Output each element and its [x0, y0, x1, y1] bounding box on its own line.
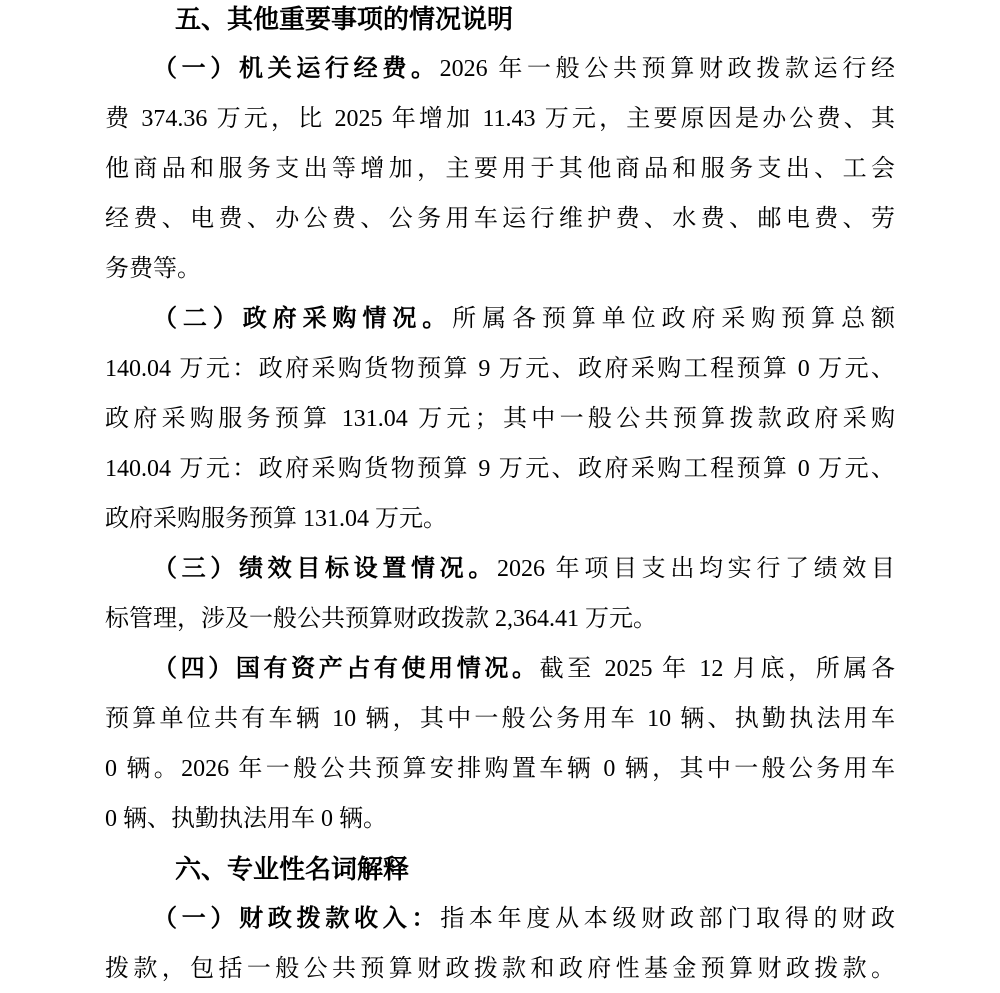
paragraph-2-line-4: 140.04 万元：政府采购货物预算 9 万元、政府采购工程预算 0 万元、: [105, 444, 895, 494]
paragraph-1-line-2: 费 374.36 万元，比 2025 年增加 11.43 万元，主要原因是办公费…: [105, 94, 895, 144]
paragraph-1-lead: （一）机关运行经费。: [153, 56, 440, 82]
paragraph-5-line-1: （一）财政拨款收入：指本年度从本级财政部门取得的财政: [105, 894, 895, 944]
paragraph-4-text: 截至 2025 年 12 月底，所属各: [540, 656, 895, 682]
paragraph-3-text: 2026 年项目支出均实行了绩效目: [497, 556, 895, 582]
paragraph-4-lead: （四）国有资产占有使用情况。: [153, 656, 540, 682]
paragraph-2-line-3: 政府采购服务预算 131.04 万元；其中一般公共预算拨款政府采购: [105, 394, 895, 444]
paragraph-4-line-4: 0 辆、执勤执法用车 0 辆。: [105, 794, 895, 844]
paragraph-5-text: 指本年度从本级财政部门取得的财政: [440, 906, 895, 932]
paragraph-1-line-4: 经费、电费、办公费、公务用车运行维护费、水费、邮电费、劳: [105, 194, 895, 244]
paragraph-2-line-1: （二）政府采购情况。所属各预算单位政府采购预算总额: [105, 294, 895, 344]
section-heading-six: 六、专业性名词解释: [105, 844, 895, 894]
paragraph-1-text: 2026 年一般公共预算财政拨款运行经: [440, 56, 895, 82]
paragraph-4-line-2: 预算单位共有车辆 10 辆，其中一般公务用车 10 辆、执勤执法用车: [105, 694, 895, 744]
section-heading-five: 五、其他重要事项的情况说明: [105, 0, 895, 44]
paragraph-2-line-5: 政府采购服务预算 131.04 万元。: [105, 494, 895, 544]
paragraph-3-lead: （三）绩效目标设置情况。: [153, 556, 497, 582]
paragraph-1-line-1: （一）机关运行经费。2026 年一般公共预算财政拨款运行经: [105, 44, 895, 94]
paragraph-4-line-1: （四）国有资产占有使用情况。截至 2025 年 12 月底，所属各: [105, 644, 895, 694]
paragraph-3-line-1: （三）绩效目标设置情况。2026 年项目支出均实行了绩效目: [105, 544, 895, 594]
document-page: 五、其他重要事项的情况说明 （一）机关运行经费。2026 年一般公共预算财政拨款…: [0, 0, 1000, 993]
paragraph-4-line-3: 0 辆。2026 年一般公共预算安排购置车辆 0 辆，其中一般公务用车: [105, 744, 895, 794]
paragraph-3-line-2: 标管理，涉及一般公共预算财政拨款 2,364.41 万元。: [105, 594, 895, 644]
paragraph-5-line-2: 拨款，包括一般公共预算财政拨款和政府性基金预算财政拨款。: [105, 944, 895, 993]
paragraph-5-lead: （一）财政拨款收入：: [153, 906, 440, 932]
paragraph-2-text: 所属各预算单位政府采购预算总额: [452, 306, 895, 332]
paragraph-2-line-2: 140.04 万元：政府采购货物预算 9 万元、政府采购工程预算 0 万元、: [105, 344, 895, 394]
paragraph-1-line-5: 务费等。: [105, 244, 895, 294]
paragraph-1-line-3: 他商品和服务支出等增加，主要用于其他商品和服务支出、工会: [105, 144, 895, 194]
paragraph-2-lead: （二）政府采购情况。: [153, 306, 452, 332]
document-body: 五、其他重要事项的情况说明 （一）机关运行经费。2026 年一般公共预算财政拨款…: [105, 0, 895, 993]
